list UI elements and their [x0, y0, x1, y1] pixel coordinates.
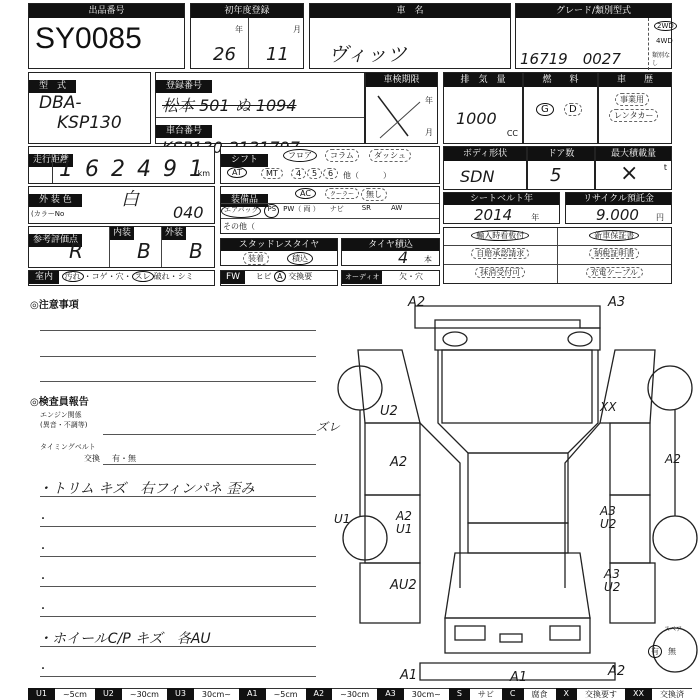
- car-name-box: 車 名 ヴィッツ: [309, 3, 511, 69]
- timing-exchange-label: 交換: [84, 453, 100, 464]
- audio-missing[interactable]: 欠: [399, 272, 407, 281]
- shift-mt[interactable]: MT: [261, 168, 283, 179]
- timing-options[interactable]: 有・無: [112, 453, 136, 464]
- equip-other[interactable]: その他（: [223, 221, 255, 232]
- interior-scuff[interactable]: スレ: [132, 271, 154, 282]
- doors-box: ドア数 5: [527, 146, 595, 190]
- history-commercial[interactable]: 事業用: [615, 93, 649, 106]
- tires-loaded-label: タイヤ積込: [342, 239, 439, 251]
- equip-none[interactable]: 無し: [361, 188, 387, 201]
- mileage-unit: km: [198, 169, 210, 178]
- fw-label: FW: [221, 271, 245, 284]
- grade-box: グレード/類別型式 16719 0027 2WD 4WD 類別なし: [515, 3, 672, 69]
- doc-import-plate[interactable]: 輸入時看板付: [471, 230, 529, 241]
- car-damage-diagram: [330, 288, 700, 688]
- fuel-box: 燃 料 G D: [523, 72, 598, 144]
- grade-value: 16719 0027: [520, 48, 621, 69]
- spare-yes[interactable]: 有: [648, 645, 662, 658]
- mark-front-bumper-right: A3: [608, 295, 625, 310]
- equip-sr[interactable]: SR: [362, 204, 371, 218]
- first-reg-label: 初年度登録: [191, 4, 303, 18]
- caution-title: ◎注意事項: [30, 296, 79, 311]
- mark-right-front-fender: XX: [600, 400, 616, 414]
- car-name-label: 車 名: [310, 4, 510, 18]
- displacement-value: 1000: [456, 109, 497, 128]
- first-reg-month: 11: [266, 44, 289, 65]
- registration-box: 登録番号 松本 501 ぬ 1094 車台番号 KSP130-2131797: [155, 72, 365, 144]
- mark-front-bumper-left: A2: [408, 295, 425, 310]
- max-load-label: 最大積載量: [596, 147, 671, 161]
- exterior-score: B: [189, 239, 203, 263]
- body-shape: SDN: [444, 161, 526, 186]
- timing-belt-label: タイミングベルト: [40, 442, 96, 452]
- grade-label: グレード/類別型式: [516, 4, 671, 18]
- doors-value: 5: [528, 161, 594, 186]
- recycle-box: リサイクル預託金 9.000 円: [565, 192, 672, 224]
- spare-label: スペア: [664, 624, 682, 633]
- shift-column[interactable]: コラム: [325, 149, 359, 162]
- tires-loaded-box: タイヤ積込 4 本: [341, 238, 440, 266]
- mark-left-rear-door: A2 U1: [396, 510, 420, 536]
- shift-4[interactable]: 4: [291, 168, 306, 179]
- fuel-diesel[interactable]: D: [564, 103, 582, 116]
- mark-box: マーク: [29, 160, 53, 183]
- mark-rear-bumper-left: A1: [400, 668, 417, 683]
- body-shape-box: ボディ形状 SDN: [443, 146, 527, 190]
- scores-box: 参考評価点 内装 外装 R B B: [28, 226, 215, 268]
- history-rental[interactable]: レンタカー: [609, 109, 658, 122]
- exterior-score-label: 外装: [162, 227, 186, 240]
- lot-number-box: 出品番号 SY0085: [28, 3, 185, 69]
- mark-left-front-fender: U2: [380, 404, 398, 419]
- studless-box: スタッドレスタイヤ 装着 積込: [220, 238, 338, 266]
- remark-4: ・: [38, 570, 48, 585]
- interior-hole[interactable]: 穴: [116, 272, 124, 281]
- spare-no[interactable]: 無: [668, 646, 676, 657]
- interior-stain[interactable]: シミ: [178, 272, 194, 281]
- inspection-expiry-box: 車検期限 年 月: [365, 72, 438, 144]
- remark-6: ・ホイールC/P キズ 各AU: [38, 628, 211, 648]
- recycle-unit: 円: [644, 213, 664, 222]
- interior-score: B: [137, 239, 151, 263]
- doors-label: ドア数: [528, 147, 594, 161]
- remark-7: ・: [38, 660, 48, 675]
- shift-6[interactable]: 6: [323, 168, 338, 179]
- displacement-label: 排 気 量: [444, 73, 522, 87]
- expiry-crossed-out: [370, 88, 430, 144]
- studless-label: スタッドレスタイヤ: [221, 239, 337, 251]
- seatbelt-value: 2014: [444, 206, 512, 224]
- doc-insurance-claim[interactable]: 自賠承認請求: [471, 248, 529, 259]
- mark-left-pillar: ズレ: [316, 418, 340, 435]
- month-label: 月: [293, 24, 301, 35]
- remark-3: ・: [38, 540, 48, 555]
- shift-other[interactable]: 他（ ）: [343, 170, 391, 181]
- color-code: 040: [173, 203, 204, 222]
- model-label: 型 式: [29, 80, 76, 93]
- equip-ac[interactable]: AC: [295, 188, 316, 199]
- registration-label: 登録番号: [156, 80, 212, 93]
- interior-score-label: 内装: [110, 227, 134, 240]
- lot-label: 出品番号: [29, 4, 184, 18]
- body-shape-label: ボディ形状: [444, 147, 526, 161]
- mark-right-pillar: A2: [665, 452, 681, 466]
- fw-a[interactable]: A: [274, 271, 285, 282]
- fw-replace[interactable]: 交換要: [288, 272, 312, 281]
- equip-aw[interactable]: AW: [391, 204, 402, 218]
- mark-rear-bumper-right: A2: [608, 664, 625, 679]
- mileage-digits: 162491: [59, 157, 215, 182]
- chassis-label: 車台番号: [156, 125, 212, 138]
- mark-rear-bumper-center: A1: [510, 670, 527, 685]
- doc-new-car-warranty[interactable]: 新車保証書: [589, 230, 639, 241]
- remark-2: ・: [38, 510, 48, 525]
- model-box: 型 式 DBA- KSP130: [28, 72, 151, 144]
- mark-left-rear-fender: AU2: [390, 578, 417, 593]
- color-code-label: (カラーNo: [31, 209, 64, 219]
- equipment-box: 装備品 AC クーラー 無し エアバッグ PS PW（ 両 ） ナビ SR AW…: [220, 186, 440, 234]
- audio-box: オーディオ 欠・穴: [341, 270, 440, 286]
- interior-notes-box: 室内 汚れ・コゲ・穴・スレ破れ・シミ: [28, 270, 215, 286]
- first-registration-box: 初年度登録 年 月 26 11: [190, 3, 304, 69]
- drive-4wd[interactable]: 4WD: [656, 37, 673, 45]
- equip-navi[interactable]: ナビ: [330, 204, 344, 218]
- seatbelt-box: シートベルト年 2014 年: [443, 192, 560, 224]
- mark-left-sill: U1: [334, 512, 350, 526]
- model-line1: DBA-: [29, 93, 150, 113]
- studless-mounted[interactable]: 装着: [243, 252, 269, 265]
- documents-box: 輸入時看板付 新車保証書 自賠承認請求 納税証明書 抹消受付可 充電ケーブル: [443, 227, 672, 284]
- damage-legend: U1~5cm U2~30cm U330cm~ A1~5cm A2~30cm A3…: [28, 688, 692, 700]
- year-label: 年: [235, 24, 243, 35]
- equip-pw[interactable]: PW（ 両 ）: [283, 204, 320, 218]
- model-line2: KSP130: [29, 113, 150, 133]
- shift-box: シフト フロア コラム ダッシュ AT MT 4 5 6 他（ ）: [220, 146, 440, 184]
- color-value: 白: [121, 185, 139, 211]
- first-reg-year: 26: [213, 44, 236, 65]
- mark-right-rear-door: A3 U2: [600, 505, 624, 531]
- shift-at[interactable]: AT: [227, 167, 247, 178]
- displacement-unit: CC: [507, 129, 518, 138]
- audio-label: オーディオ: [342, 271, 382, 284]
- fuel-gasoline[interactable]: G: [536, 103, 554, 116]
- inspection-expiry-label: 車検期限: [366, 73, 437, 87]
- fw-crack[interactable]: ヒビ: [256, 272, 272, 281]
- tires-loaded-unit: 本: [424, 254, 432, 265]
- doc-deregistration[interactable]: 抹消受付可: [475, 267, 525, 278]
- equip-cooler[interactable]: クーラー: [325, 188, 359, 199]
- registration-number: 松本 501 ぬ 1094: [156, 93, 364, 116]
- max-load-unit: t: [664, 163, 667, 172]
- interior-tear[interactable]: 破れ: [154, 272, 170, 281]
- audio-hole[interactable]: 穴: [415, 272, 423, 281]
- equip-airbag[interactable]: エアバッグ: [221, 204, 261, 218]
- max-load-box: 最大積載量 × t: [595, 146, 672, 190]
- interior-burn[interactable]: コゲ: [92, 272, 108, 281]
- history-label: 車 歴: [599, 73, 671, 87]
- inspector-title: ◎検査員報告: [30, 393, 89, 408]
- mark-left-front-door: A2: [390, 455, 407, 470]
- recycle-label: リサイクル預託金: [566, 193, 671, 205]
- lot-number: SY0085: [29, 18, 184, 60]
- shift-floor[interactable]: フロア: [283, 149, 317, 162]
- car-name: ヴィッツ: [310, 18, 510, 67]
- doc-charging-cable[interactable]: 充電ケーブル: [586, 267, 643, 278]
- drive-2wd[interactable]: 2WD: [654, 21, 677, 31]
- displacement-box: 排 気 量 1000 CC: [443, 72, 523, 144]
- color-label: 外 装 色: [29, 194, 82, 207]
- tires-loaded-value: 4: [398, 248, 408, 267]
- interior-dirt[interactable]: 汚れ: [62, 271, 84, 282]
- overall-score: R: [69, 239, 83, 263]
- doc-tax-certificate[interactable]: 納税証明書: [589, 248, 639, 259]
- max-load-value: ×: [596, 161, 671, 186]
- interior-notes-label: 室内: [29, 271, 59, 284]
- fuel-label: 燃 料: [524, 73, 597, 87]
- mileage-box: 走行距離 マーク 162491 km: [28, 146, 215, 184]
- mark-right-rear-fender: A3 U2: [604, 568, 628, 594]
- drive-none[interactable]: 類別なし: [652, 52, 672, 68]
- studless-loaded[interactable]: 積込: [287, 252, 313, 265]
- shift-label: シフト: [221, 154, 268, 167]
- remark-5: ・: [38, 600, 48, 615]
- equip-ps[interactable]: PS: [264, 204, 279, 218]
- engine-label: エンジン関係 (異音・不調等): [40, 410, 87, 430]
- recycle-value: 9.000: [566, 206, 639, 224]
- remark-1: ・トリム キズ 右フィンパネ 歪み: [38, 478, 255, 498]
- color-box: 外 装 色 白 (カラーNo 040: [28, 186, 215, 224]
- seatbelt-unit: 年: [517, 213, 539, 222]
- shift-dash[interactable]: ダッシュ: [369, 149, 411, 162]
- shift-5[interactable]: 5: [307, 168, 322, 179]
- fw-box: FW ヒビ A 交換要: [220, 270, 338, 286]
- seatbelt-label: シートベルト年: [444, 193, 559, 205]
- history-box: 車 歴 事業用 レンタカー: [598, 72, 672, 144]
